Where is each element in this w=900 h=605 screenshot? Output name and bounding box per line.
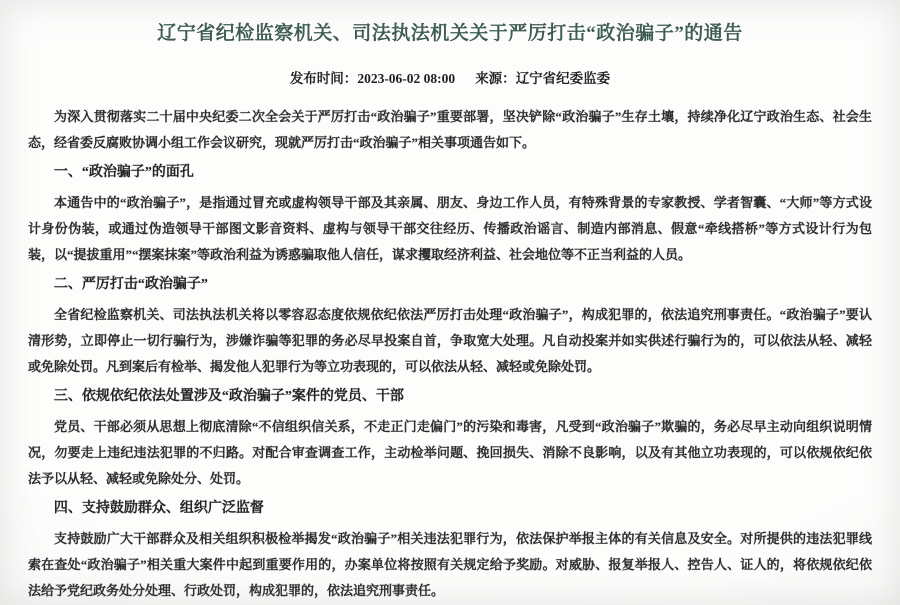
document-body: 为深入贯彻落实二十届中央纪委二次全会关于严厉打击“政治骗子”重要部署，坚决铲除“…: [28, 104, 872, 604]
section-1-heading: 一、“政治骗子”的面孔: [28, 160, 872, 186]
meta-line: 发布时间：2023-06-02 08:00来源：辽宁省纪委监委: [28, 69, 872, 88]
section-4-paragraph: 支持鼓励广大干部群众及相关组织积极检举揭发“政治骗子”相关违法犯罪行为，依法保护…: [28, 526, 872, 604]
section-1-paragraph: 本通告中的“政治骗子”，是指通过冒充或虚构领导干部及其亲属、朋友、身边工作人员，…: [28, 190, 872, 268]
notice-page: 辽宁省纪检监察机关、司法执法机关关于严厉打击“政治骗子”的通告 发布时间：202…: [0, 0, 900, 605]
section-2-paragraph: 全省纪检监察机关、司法执法机关将以零容忍态度依规依纪依法严厉打击处理“政治骗子”…: [28, 302, 872, 380]
publish-time-label: 发布时间：: [290, 71, 358, 86]
section-3-paragraph: 党员、干部必须从思想上彻底清除“不信组织信关系，不走正门走偏门”的污染和毒害，凡…: [28, 414, 872, 492]
source-label: 来源：: [475, 71, 516, 86]
publish-time-value: 2023-06-02 08:00: [357, 71, 455, 86]
section-2-heading: 二、严厉打击“政治骗子”: [28, 272, 872, 298]
section-3-heading: 三、依规依纪依法处置涉及“政治骗子”案件的党员、干部: [28, 384, 872, 410]
page-title: 辽宁省纪检监察机关、司法执法机关关于严厉打击“政治骗子”的通告: [28, 20, 872, 47]
intro-paragraph: 为深入贯彻落实二十届中央纪委二次全会关于严厉打击“政治骗子”重要部署，坚决铲除“…: [28, 104, 872, 156]
source-value: 辽宁省纪委监委: [516, 71, 611, 86]
section-4-heading: 四、支持鼓励群众、组织广泛监督: [28, 496, 872, 522]
